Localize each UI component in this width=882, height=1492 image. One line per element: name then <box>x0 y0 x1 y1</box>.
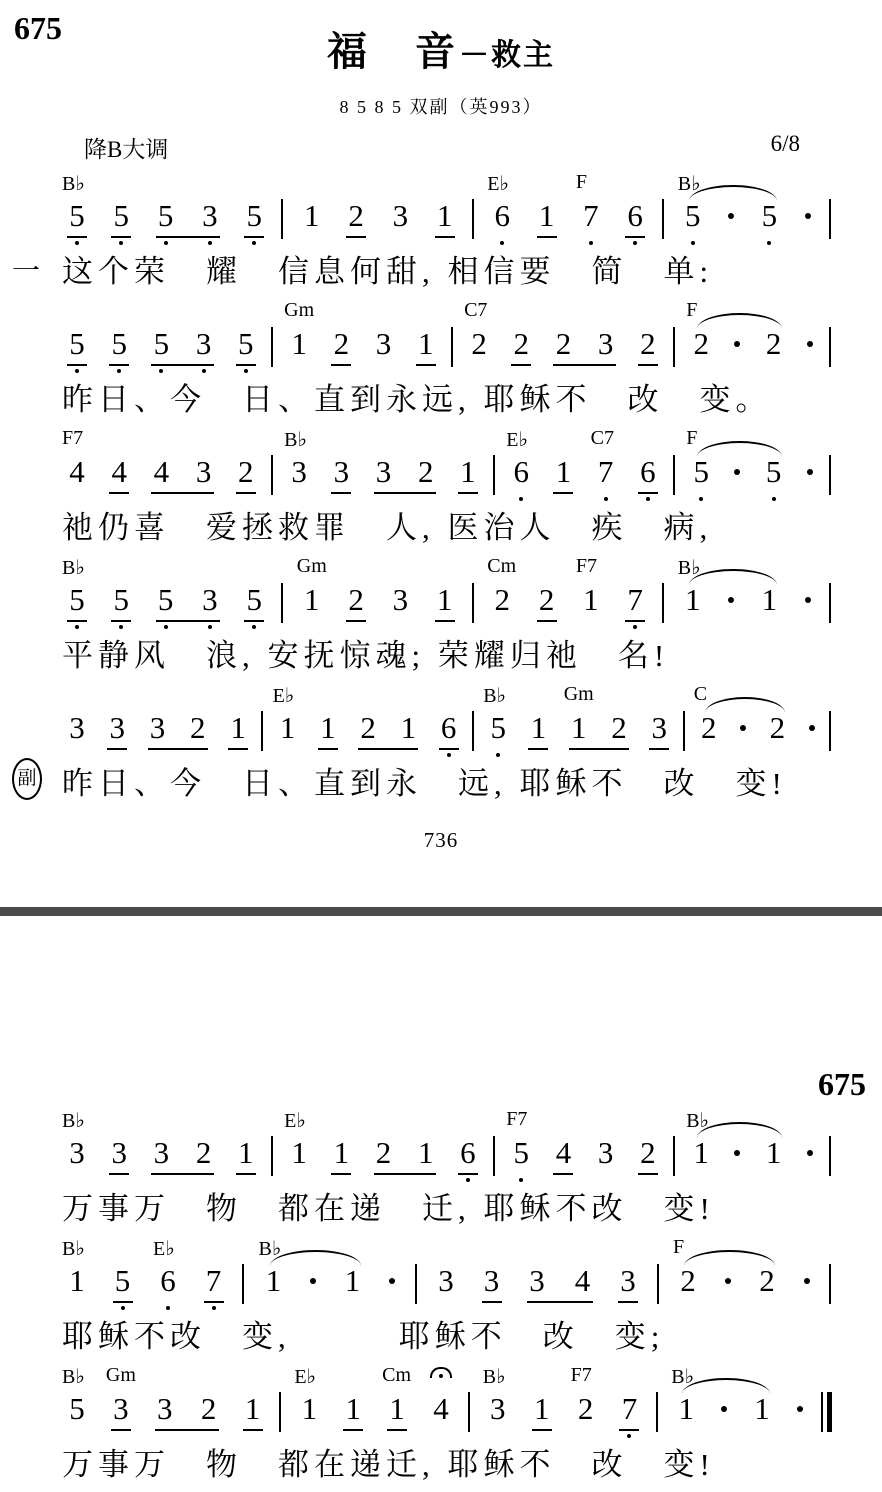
chord-label: E♭ <box>273 683 295 708</box>
note: 5 <box>144 300 178 378</box>
note: 2 <box>187 1109 221 1187</box>
note: 1 <box>324 1109 358 1187</box>
note: 2 <box>631 1109 665 1187</box>
lyric-text: 这个荣 耀 信息何甜, 相信要 简 单: <box>62 254 713 289</box>
chord-label: F <box>673 1236 684 1259</box>
note: B♭3 <box>481 1365 515 1443</box>
note: 1 <box>336 1237 370 1315</box>
notation-lyric-pair: 55535Gm1231C722232F22昨日、今 日、直到永远, 耶稣不 改 … <box>0 300 882 422</box>
note: Gm1 <box>295 556 329 634</box>
note: B♭1 <box>684 1109 718 1187</box>
chord-label: C7 <box>591 427 614 450</box>
note: 2 <box>602 684 636 762</box>
notation-lyric-pair: B♭55535Gm1231Cm22F717B♭11平静风 浪, 安抚惊魂; 荣耀… <box>0 556 882 678</box>
note: F2 <box>684 300 718 378</box>
note: F72 <box>569 1365 603 1443</box>
chord-label: Gm <box>564 683 594 706</box>
note: 1 <box>546 428 580 506</box>
barline <box>271 428 274 506</box>
notation-lyric-pair: B♭555351231E♭61F76B♭55一这个荣 耀 信息何甜, 相信要 简… <box>0 172 882 294</box>
music-line: B♭33321E♭11216F75432B♭11 <box>60 1109 832 1187</box>
chord-label: F <box>686 299 697 322</box>
note: 2 <box>760 684 794 762</box>
note: 2 <box>546 300 580 378</box>
music-section-1: B♭555351231E♭61F76B♭55一这个荣 耀 信息何甜, 相信要 简… <box>0 172 882 806</box>
note: F7 <box>574 172 608 250</box>
note: 2 <box>631 300 665 378</box>
barline <box>657 1237 660 1315</box>
note: 2 <box>324 300 358 378</box>
music-line: 33321E♭11216B♭51Gm123C22 <box>60 684 832 762</box>
augmentation-dot <box>717 1237 739 1315</box>
barline <box>673 1109 676 1187</box>
note: 2 <box>339 556 373 634</box>
barline <box>673 300 676 378</box>
note: 4 <box>546 1109 580 1187</box>
note: B♭5 <box>676 172 710 250</box>
augmentation-dot <box>799 300 821 378</box>
barline <box>829 300 832 378</box>
note: 3 <box>148 1365 182 1443</box>
augmentation-dot <box>799 1109 821 1187</box>
note: Cm1 <box>380 1365 414 1443</box>
note: E♭1 <box>282 1109 316 1187</box>
note: 1 <box>311 684 345 762</box>
note: C77 <box>589 428 623 506</box>
note: 3 <box>60 684 94 762</box>
note: 1 <box>409 1109 443 1187</box>
note: B♭3 <box>282 428 316 506</box>
note: F5 <box>684 428 718 506</box>
note: E♭6 <box>151 1237 185 1315</box>
hymn-title: 福 音 <box>327 29 459 74</box>
chord-label: F7 <box>571 1364 592 1387</box>
note: 1 <box>525 1365 559 1443</box>
chord-label: B♭ <box>62 555 85 580</box>
barline <box>281 172 284 250</box>
note: 5 <box>149 556 183 634</box>
chord-label: Gm <box>106 1364 136 1387</box>
music-line: B♭55535Gm1231Cm22F717B♭11 <box>60 556 832 634</box>
fermata-icon <box>430 1367 452 1378</box>
note: 1 <box>530 172 564 250</box>
barline <box>662 172 665 250</box>
note: 6 <box>618 172 652 250</box>
augmentation-dot <box>789 1365 811 1443</box>
chord-label: Cm <box>487 555 516 578</box>
note: 1 <box>428 556 462 634</box>
note: 2 <box>757 300 791 378</box>
note: 3 <box>193 172 227 250</box>
note: F2 <box>671 1237 705 1315</box>
note: 2 <box>530 556 564 634</box>
chord-label: C <box>694 683 707 706</box>
note: 2 <box>367 1109 401 1187</box>
key-signature: 降B大调 <box>84 131 168 164</box>
chord-label: E♭ <box>487 171 509 196</box>
note: 3 <box>589 300 623 378</box>
note: 1 <box>295 172 329 250</box>
lyric-text: 昨日、今 日、直到永 远, 耶稣不 改 变! <box>62 766 787 801</box>
barline <box>829 172 832 250</box>
note: Gm1 <box>562 684 596 762</box>
final-barline <box>821 1365 832 1443</box>
note: 3 <box>611 1237 645 1315</box>
note: 5 <box>104 172 138 250</box>
note: 1 <box>428 172 462 250</box>
barline <box>493 1109 496 1187</box>
meter-info: 8 5 8 5 双副（英993） <box>0 93 882 119</box>
notation-lyric-pair: B♭15E♭67B♭1133343F22耶稣不改 变, 耶稣不 改 变; <box>0 1237 882 1359</box>
note: 3 <box>642 684 676 762</box>
music-line: B♭5Gm3321E♭11Cm14B♭31F727B♭11 <box>60 1365 832 1443</box>
note: 4 <box>566 1237 600 1315</box>
lyric-text: 耶稣不改 变, 耶稣不 改 变; <box>62 1319 664 1354</box>
barline <box>673 428 676 506</box>
note: B♭3 <box>60 1109 94 1187</box>
chord-label: F7 <box>62 427 83 450</box>
augmentation-dot <box>799 428 821 506</box>
note: 7 <box>618 556 652 634</box>
note: 1 <box>236 1365 270 1443</box>
note: 3 <box>475 1237 509 1315</box>
note: 2 <box>229 428 263 506</box>
barline <box>829 684 832 762</box>
note: 3 <box>187 428 221 506</box>
note: 6 <box>432 684 466 762</box>
note: 5 <box>104 556 138 634</box>
chord-label: B♭ <box>483 1364 506 1389</box>
chord-label: Gm <box>284 299 314 322</box>
note: B♭1 <box>257 1237 291 1315</box>
lyric-line: 耶稣不改 变, 耶稣不 改 变; <box>62 1315 882 1359</box>
note: 3 <box>193 556 227 634</box>
note: 3 <box>141 684 175 762</box>
note: 2 <box>192 1365 226 1443</box>
barline <box>472 556 475 634</box>
verse-marker: 一 <box>12 250 45 294</box>
lyric-text: 昨日、今 日、直到永远, 耶稣不 改 变。 <box>62 382 772 417</box>
note: B♭1 <box>676 556 710 634</box>
note: 2 <box>409 428 443 506</box>
barline <box>279 1365 282 1443</box>
note: 5 <box>149 172 183 250</box>
note: 7 <box>197 1237 231 1315</box>
note: 3 <box>367 428 401 506</box>
note: E♭1 <box>271 684 305 762</box>
chord-label: E♭ <box>506 427 528 452</box>
augmentation-dot <box>720 556 742 634</box>
note: 7 <box>612 1365 646 1443</box>
note: 2 <box>339 172 373 250</box>
note: E♭6 <box>504 428 538 506</box>
note: B♭5 <box>60 1365 94 1443</box>
note: 3 <box>429 1237 463 1315</box>
note: C2 <box>692 684 726 762</box>
music-line: B♭555351231E♭61F76B♭55 <box>60 172 832 250</box>
section-divider <box>0 907 882 916</box>
note: 3 <box>144 1109 178 1187</box>
notation-lyric-pair: 33321E♭11216B♭51Gm123C22副昨日、今 日、直到永 远, 耶… <box>0 684 882 806</box>
augmentation-dot <box>797 556 819 634</box>
note: 3 <box>367 300 401 378</box>
chord-label: F <box>576 171 587 194</box>
note: 2 <box>504 300 538 378</box>
augmentation-dot <box>720 172 742 250</box>
note: 5 <box>237 556 271 634</box>
lyric-line: 昨日、今 日、直到永远, 耶稣不 改 变。 <box>62 378 882 422</box>
note: 4 <box>102 428 136 506</box>
augmentation-dot <box>796 1237 818 1315</box>
chord-label: E♭ <box>284 1108 306 1133</box>
chord-label: E♭ <box>153 1236 175 1261</box>
augmentation-dot <box>726 428 748 506</box>
barline <box>472 172 475 250</box>
note: F74 <box>60 428 94 506</box>
chord-label: F7 <box>506 1108 527 1131</box>
barline <box>662 556 665 634</box>
verse-marker: 副 <box>12 758 42 800</box>
note: 5 <box>229 300 263 378</box>
augmentation-dot <box>726 1109 748 1187</box>
barline <box>829 1109 832 1187</box>
note: 2 <box>181 684 215 762</box>
hymn-number-continued: 675 <box>0 1066 866 1103</box>
note: 2 <box>351 684 385 762</box>
note: B♭1 <box>669 1365 703 1443</box>
barline <box>261 684 264 762</box>
note: 3 <box>102 1109 136 1187</box>
augmentation-dot <box>797 172 819 250</box>
note: 1 <box>221 684 255 762</box>
augmentation-dot <box>801 684 823 762</box>
note: 4 <box>144 428 178 506</box>
note: 3 <box>383 172 417 250</box>
lyric-line: 一这个荣 耀 信息何甜, 相信要 简 单: <box>62 250 882 294</box>
notation-lyric-pair: F744432B♭33321E♭61C776F55祂仍喜 爱拯救罪 人, 医治人… <box>0 428 882 550</box>
barline <box>829 428 832 506</box>
note: 5 <box>237 172 271 250</box>
note: B♭5 <box>481 684 515 762</box>
note: 5 <box>60 300 94 378</box>
key-time-row: 降B大调 6/8 <box>84 131 800 164</box>
note: B♭5 <box>60 172 94 250</box>
chord-label: F7 <box>576 555 597 578</box>
page-number: 736 <box>0 828 882 853</box>
augmentation-dot <box>302 1237 324 1315</box>
augmentation-dot <box>713 1365 735 1443</box>
note: 6 <box>451 1109 485 1187</box>
time-signature: 6/8 <box>771 131 800 164</box>
chord-label: B♭ <box>62 171 85 196</box>
augmentation-dot <box>732 684 754 762</box>
note: 6 <box>631 428 665 506</box>
note: F75 <box>504 1109 538 1187</box>
note: 3 <box>324 428 358 506</box>
chord-label: B♭ <box>483 683 506 708</box>
note: 1 <box>745 1365 779 1443</box>
note: 1 <box>451 428 485 506</box>
note: 1 <box>409 300 443 378</box>
barline <box>472 684 475 762</box>
chord-label: B♭ <box>62 1364 85 1389</box>
note: 1 <box>521 684 555 762</box>
barline <box>242 1237 245 1315</box>
notation-lyric-pair: B♭5Gm3321E♭11Cm14B♭31F727B♭11万事万 物 都在递迁,… <box>0 1365 882 1487</box>
note: 5 <box>106 1237 140 1315</box>
chord-label: Gm <box>297 555 327 578</box>
chord-label: B♭ <box>284 427 307 452</box>
hymn-number: 675 <box>14 10 62 47</box>
note: Gm3 <box>104 1365 138 1443</box>
hymn-subtitle: －救主 <box>459 39 555 72</box>
barline <box>829 1237 832 1315</box>
note: B♭5 <box>60 556 94 634</box>
chord-label: B♭ <box>62 1108 85 1133</box>
lyric-line: 万事万 物 都在递 迁, 耶稣不改 变! <box>62 1187 882 1231</box>
lyric-line: 祂仍喜 爱拯救罪 人, 医治人 疾 病, <box>62 506 882 550</box>
note: C72 <box>462 300 496 378</box>
barline <box>271 300 274 378</box>
lyric-line: 平静风 浪, 安抚惊魂; 荣耀归祂 名! <box>62 634 882 678</box>
lyric-text: 祂仍喜 爱拯救罪 人, 医治人 疾 病, <box>62 510 712 545</box>
barline <box>468 1365 471 1443</box>
note: Gm1 <box>282 300 316 378</box>
augmentation-dot <box>381 1237 403 1315</box>
note: 3 <box>383 556 417 634</box>
lyric-line: 副昨日、今 日、直到永 远, 耶稣不 改 变! <box>62 762 882 806</box>
music-line: F744432B♭33321E♭61C776F55 <box>60 428 832 506</box>
lyric-text: 万事万 物 都在递迁, 耶稣不 改 变! <box>62 1447 715 1482</box>
note: 4 <box>424 1365 458 1443</box>
music-section-2: B♭33321E♭11216F75432B♭11万事万 物 都在递 迁, 耶稣不… <box>0 1109 882 1487</box>
hymnal-page: 675 福 音－救主 8 5 8 5 双副（英993） 降B大调 6/8 B♭5… <box>0 0 882 1492</box>
barline <box>656 1365 659 1443</box>
note: 5 <box>102 300 136 378</box>
music-line: 55535Gm1231C722232F22 <box>60 300 832 378</box>
note: F71 <box>574 556 608 634</box>
chord-label: C7 <box>464 299 487 322</box>
lyric-text: 万事万 物 都在递 迁, 耶稣不改 变! <box>62 1191 715 1226</box>
hymn-title-row: 福 音－救主 <box>0 0 882 77</box>
note: 1 <box>757 1109 791 1187</box>
lyric-text: 平静风 浪, 安抚惊魂; 荣耀归祂 名! <box>62 638 669 673</box>
barline <box>451 300 454 378</box>
note: 1 <box>391 684 425 762</box>
augmentation-dot <box>726 300 748 378</box>
barline <box>493 428 496 506</box>
lyric-line: 万事万 物 都在递迁, 耶稣不 改 变! <box>62 1443 882 1487</box>
note: 1 <box>336 1365 370 1443</box>
note: 1 <box>229 1109 263 1187</box>
music-line: B♭15E♭67B♭1133343F22 <box>60 1237 832 1315</box>
barline <box>281 556 284 634</box>
notation-lyric-pair: B♭33321E♭11216F75432B♭11万事万 物 都在递 迁, 耶稣不… <box>0 1109 882 1231</box>
note: E♭1 <box>292 1365 326 1443</box>
chord-label: E♭ <box>294 1364 316 1389</box>
barline <box>415 1237 418 1315</box>
chord-label: F <box>686 427 697 450</box>
note: 5 <box>757 428 791 506</box>
note: 2 <box>750 1237 784 1315</box>
note: 5 <box>752 172 786 250</box>
note: 1 <box>752 556 786 634</box>
note: Cm2 <box>485 556 519 634</box>
barline <box>829 556 832 634</box>
note: E♭6 <box>485 172 519 250</box>
note: 3 <box>187 300 221 378</box>
chord-label: Cm <box>382 1364 411 1387</box>
note: 3 <box>100 684 134 762</box>
barline <box>683 684 686 762</box>
note: 3 <box>520 1237 554 1315</box>
chord-label: B♭ <box>62 1236 85 1261</box>
note: B♭1 <box>60 1237 94 1315</box>
barline <box>271 1109 274 1187</box>
note: 3 <box>589 1109 623 1187</box>
